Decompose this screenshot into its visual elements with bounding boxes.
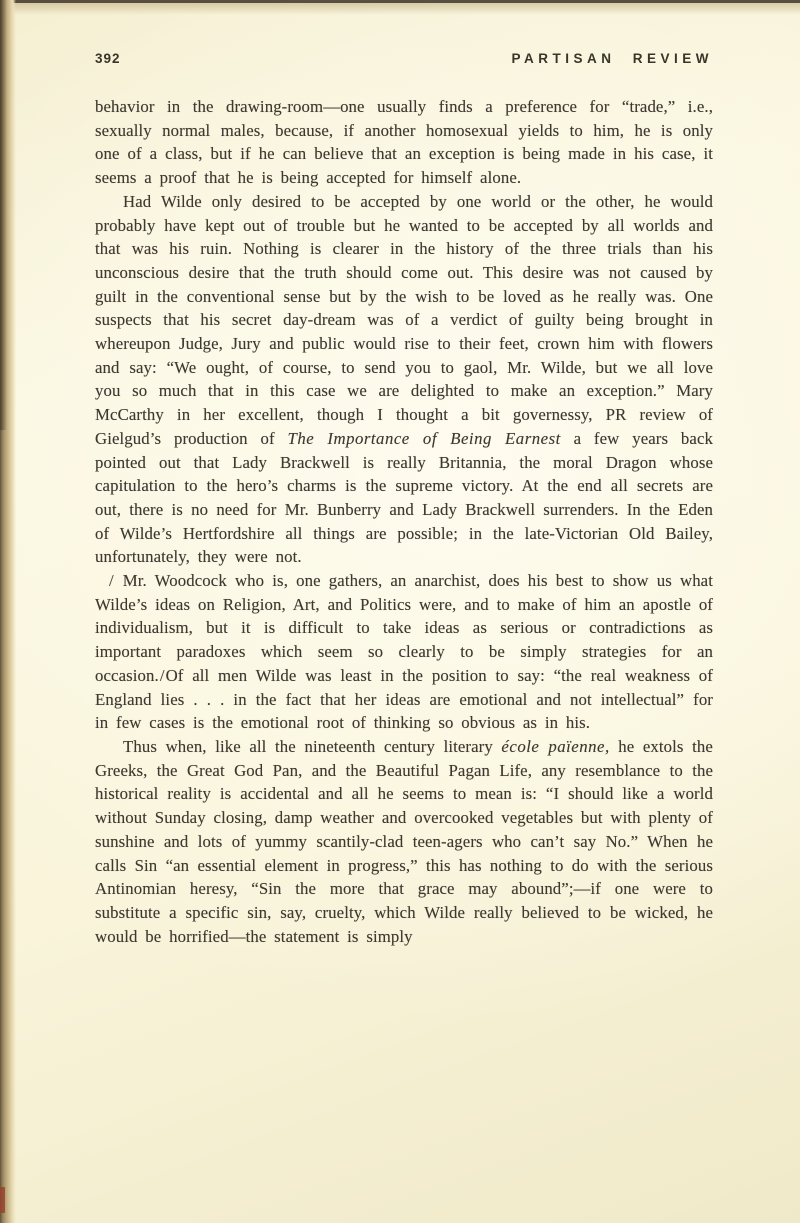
bottom-left-edge-mark <box>0 1187 5 1213</box>
page-body: behavior in the drawing-room—one usually… <box>95 95 713 948</box>
italic-book-title: The Importance of Being Earnest <box>287 429 560 448</box>
scanned-book-page: 392 PARTISAN REVIEW behavior in the draw… <box>0 0 800 1223</box>
paragraph-1: behavior in the drawing-room—one usually… <box>95 95 713 190</box>
paragraph-3: /Mr. Woodcock who is, one gathers, an an… <box>95 569 713 735</box>
paragraph-text: a few years back pointed out that Lady B… <box>95 429 713 567</box>
journal-title: PARTISAN REVIEW <box>511 51 713 66</box>
running-head: 392 PARTISAN REVIEW <box>95 51 713 66</box>
italic-french-phrase: école païenne, <box>501 737 609 756</box>
paragraph-text: Thus when, like all the nineteenth centu… <box>123 737 501 756</box>
paragraph-text: Had Wilde only desired to be accepted by… <box>95 192 713 448</box>
paragraph-text: Of all men Wilde was least in the positi… <box>95 666 713 732</box>
binding-shadow <box>0 0 7 430</box>
pencil-slash-mark: / <box>159 666 166 685</box>
paragraph-4: Thus when, like all the nineteenth centu… <box>95 735 713 948</box>
pencil-slash-mark: / <box>109 571 123 590</box>
page-number: 392 <box>95 51 121 66</box>
scan-top-shadow <box>0 3 800 15</box>
paragraph-text: behavior in the drawing-room—one usually… <box>95 97 713 187</box>
paragraph-2: Had Wilde only desired to be accepted by… <box>95 190 713 569</box>
paragraph-text: he extols the Greeks, the Great God Pan,… <box>95 737 713 946</box>
